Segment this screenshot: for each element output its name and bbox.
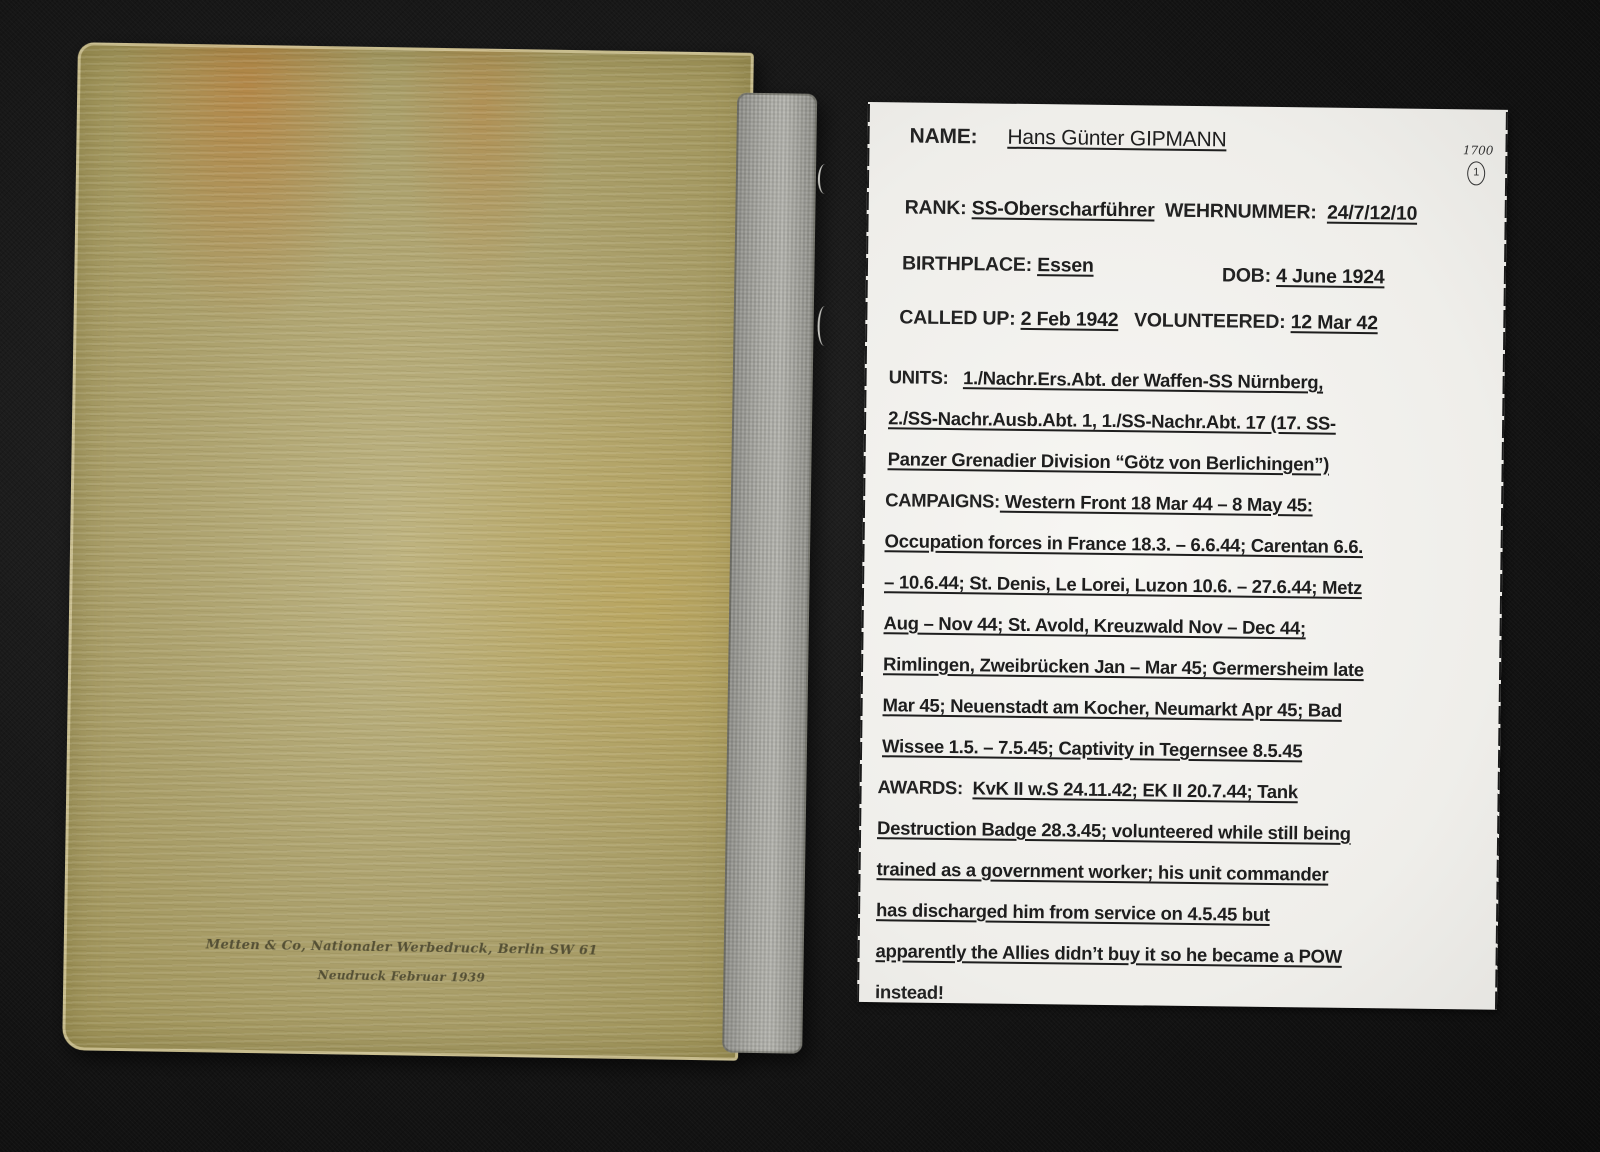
handwritten-price: 1700	[1463, 143, 1494, 157]
campaigns-line: Wissee 1.5. – 7.5.45; Captivity in Teger…	[882, 725, 1478, 773]
called-up-label: CALLED UP:	[899, 306, 1015, 329]
awards-line: Destruction Badge 28.3.45; volunteered w…	[877, 807, 1473, 855]
units-label: UNITS:	[889, 366, 949, 388]
wehrnummer-value: 24/7/12/10	[1327, 202, 1417, 225]
awards-line: apparently the Allies didn’t buy it so h…	[875, 930, 1471, 978]
campaigns-label: CAMPAIGNS:	[885, 489, 1000, 511]
awards-line: has discharged him from service on 4.5.4…	[876, 889, 1472, 937]
volunteered-label: VOLUNTEERED:	[1134, 309, 1286, 333]
called-up-field: CALLED UP: 2 Feb 1942 VOLUNTEERED: 12 Ma…	[899, 306, 1378, 335]
name-label: NAME:	[909, 125, 977, 149]
awards-line: trained as a government worker; his unit…	[876, 848, 1472, 896]
wehrnummer-label: WEHRNUMMER:	[1165, 200, 1317, 224]
dob-field: DOB: 4 June 1924	[1222, 264, 1385, 289]
soldier-info-card: 1700 1 NAME:Hans Günter GIPMANN RANK: SS…	[857, 102, 1508, 1010]
name-value: Hans Günter GIPMANN	[977, 125, 1409, 154]
units-section: UNITS: 1./Nachr.Ers.Abt. der Waffen-SS N…	[887, 356, 1484, 486]
birthplace-value: Essen	[1037, 254, 1094, 277]
campaigns-line: CAMPAIGNS: Western Front 18 Mar 44 – 8 M…	[885, 479, 1481, 527]
campaigns-line: – 10.6.44; St. Denis, Le Lorei, Luzon 10…	[884, 561, 1480, 609]
campaigns-section: CAMPAIGNS: Western Front 18 Mar 44 – 8 M…	[882, 479, 1481, 773]
units-line: UNITS: 1./Nachr.Ers.Abt. der Waffen-SS N…	[888, 356, 1484, 404]
awards-label: AWARDS:	[878, 776, 964, 798]
awards-line: instead!	[875, 971, 1471, 1019]
book-spine	[722, 93, 817, 1054]
rank-field: RANK: SS-Oberscharführer WEHRNUMMER: 24/…	[905, 196, 1418, 225]
campaigns-line: Mar 45; Neuenstadt am Kocher, Neumarkt A…	[882, 684, 1478, 732]
campaigns-line: Aug – Nov 44; St. Avold, Kreuzwald Nov –…	[883, 602, 1479, 650]
called-up-value: 2 Feb 1942	[1021, 308, 1119, 331]
campaigns-line: Rimlingen, Zweibrücken Jan – Mar 45; Ger…	[883, 643, 1479, 691]
dob-label: DOB:	[1222, 264, 1271, 287]
dob-value: 4 June 1924	[1276, 265, 1385, 288]
book-cover: Metten & Co, Nationaler Werbedruck, Berl…	[62, 42, 754, 1060]
birthplace-label: BIRTHPLACE:	[902, 252, 1032, 276]
birthplace-field: BIRTHPLACE: Essen	[902, 252, 1094, 277]
units-line: 2./SS-Nachr.Ausb.Abt. 1, 1./SS-Nachr.Abt…	[888, 397, 1484, 445]
rank-value: SS-Oberscharführer	[972, 197, 1155, 221]
volunteered-value: 12 Mar 42	[1291, 311, 1378, 334]
handwritten-circled-number: 1	[1467, 161, 1485, 185]
soldbuch-back-cover: Metten & Co, Nationaler Werbedruck, Berl…	[62, 42, 820, 1062]
awards-section: AWARDS: KvK II w.S 24.11.42; EK II 20.7.…	[875, 766, 1474, 1019]
rank-label: RANK:	[905, 196, 967, 219]
awards-line: AWARDS: KvK II w.S 24.11.42; EK II 20.7.…	[877, 766, 1473, 814]
name-field: NAME:Hans Günter GIPMANN	[909, 125, 1409, 155]
campaigns-line: Occupation forces in France 18.3. – 6.6.…	[884, 520, 1480, 568]
units-line: Panzer Grenadier Division “Götz von Berl…	[887, 438, 1483, 486]
cover-texture	[62, 42, 754, 1060]
